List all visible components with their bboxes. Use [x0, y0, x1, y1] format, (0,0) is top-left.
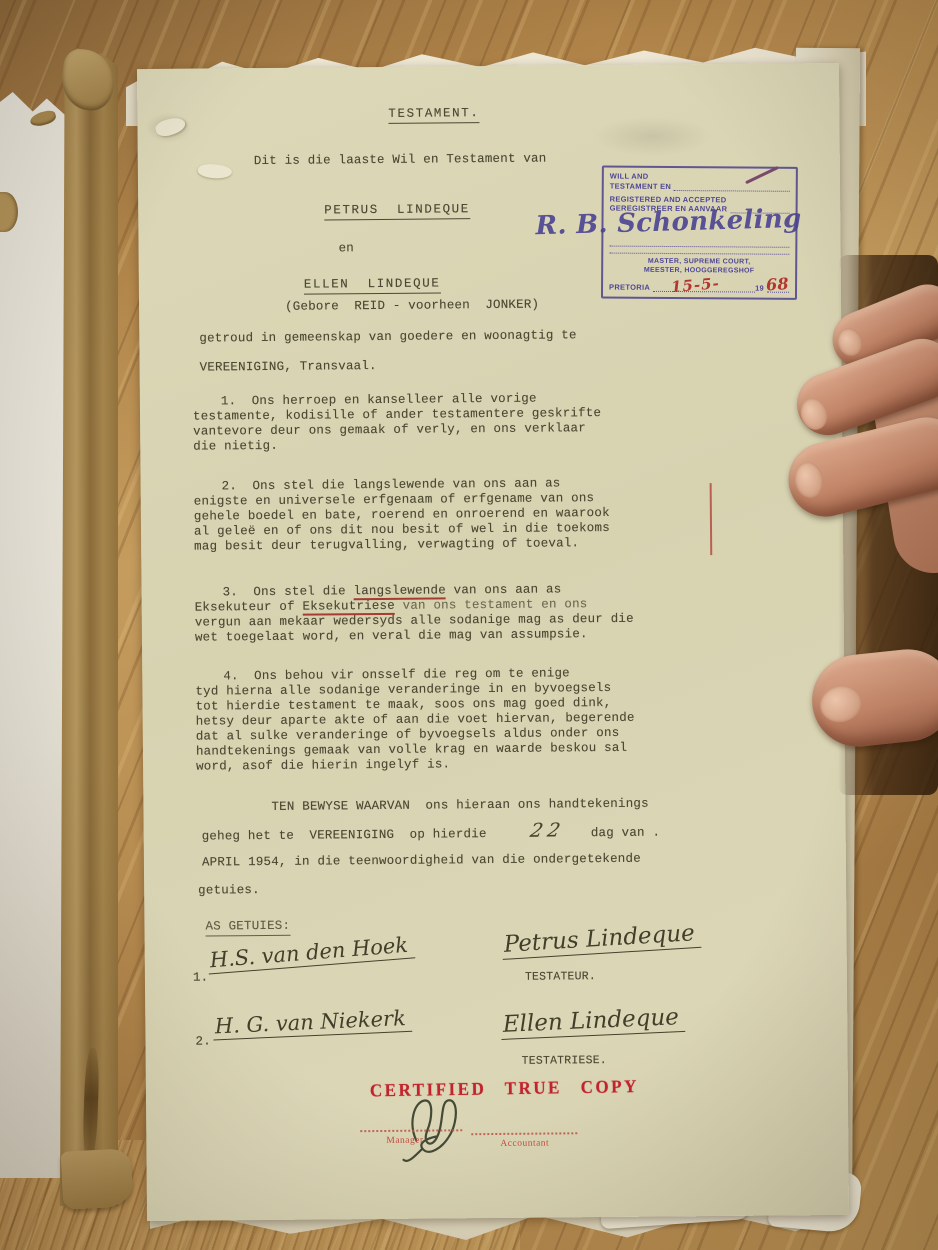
domicile-line-2: VEREENIGING, Transvaal. — [200, 359, 377, 376]
red-margin-line — [710, 483, 713, 555]
testatrix-name: ELLEN LINDEQUE — [304, 276, 441, 294]
testator-name: PETRUS LINDEQUE — [324, 202, 470, 220]
accountant-signature-line — [471, 1132, 577, 1135]
dotted-leader — [609, 247, 789, 255]
handwritten-stamp-date: 15-5- — [670, 274, 720, 297]
clause-4: 4. Ons behou vir onsself die reg om te e… — [195, 665, 666, 774]
clause-3-line-4: wet toegelaat word, en veral die mag van… — [195, 627, 588, 645]
witness-2-number: 2. — [195, 1034, 211, 1049]
paper-tear-flap — [197, 162, 233, 180]
dotted-leader — [674, 183, 790, 192]
document-title: TESTAMENT. — [388, 106, 479, 124]
witness-1-number: 1. — [193, 970, 209, 985]
intro-line: Dit is die laaste Wil en Testament van — [254, 152, 547, 170]
handwritten-day-number: 22 — [529, 822, 566, 838]
pencil-smudge — [592, 116, 712, 157]
clause-1: 1. Ons herroep en kanselleer alle vorige… — [193, 391, 664, 455]
attestation-line-2: geheg het te VEREENIGING op hierdie22dag… — [202, 822, 661, 845]
testator-label: TESTATEUR. — [525, 969, 596, 985]
attestation-text: dag van . — [591, 826, 660, 841]
folder-spine — [60, 48, 118, 1206]
stamp-line-meester: MEESTER, HOOGGEREGSHOF — [609, 266, 789, 276]
witness-2-signature: H. G. van Niekerk — [212, 1006, 412, 1041]
clause-3-text: Eksekuteur of — [195, 600, 303, 615]
stamp-line-pretoria: PRETORIA — [609, 283, 650, 293]
conjunction: en — [338, 241, 354, 256]
stamp-line-testament-en: TESTAMENT EN — [610, 181, 671, 191]
testator-signature: Petrus Lindeque — [501, 920, 701, 960]
testatrix-signature: Ellen Lindeque — [500, 1004, 685, 1040]
accountant-label: Accountant — [500, 1139, 549, 1149]
attestation-line-1: TEN BEWYSE WAARVAN ons hieraan ons handt… — [271, 796, 649, 815]
handwritten-stamp-year: 68 — [766, 274, 790, 296]
registrar-signature: R. B. Schonkeling — [535, 202, 836, 244]
photo-of-testament-document: TESTAMENT. Dit is die laaste Wil en Test… — [0, 0, 938, 1250]
attestation-line-4: getuies. — [198, 882, 260, 899]
stamp-pretoria-row: PRETORIA 19 15-5- 68 — [609, 283, 789, 294]
registrar-rubber-stamp: WILL AND TESTAMENT EN REGISTERED AND ACC… — [601, 166, 798, 300]
testatrix-label: TESTATRIESE. — [522, 1053, 607, 1069]
witness-1-signature: H.S. van den Hoek — [207, 932, 415, 974]
witnesses-heading: AS GETUIES: — [205, 919, 290, 937]
clause-3-text: 3. Ons stel die — [222, 584, 353, 599]
loose-white-page — [0, 92, 66, 1178]
clause-3-text: van ons aan as — [446, 582, 562, 597]
testament-page: TESTAMENT. Dit is die laaste Wil en Test… — [137, 63, 849, 1221]
manager-label: Manager — [386, 1136, 423, 1146]
clause-3-text: van ons testament en ons — [395, 597, 588, 613]
stamp-signature-zone: R. B. Schonkeling — [609, 216, 789, 248]
attestation-text: geheg het te VEREENIGING op hierdie — [202, 827, 487, 843]
clause-2: 2. Ons stel die langslewende van ons aan… — [194, 476, 665, 555]
testatrix-maiden-note: (Gebore REID - voorheen JONKER) — [285, 298, 539, 315]
domicile-line-1: getroud in gemeenskap van goedere en woo… — [199, 328, 576, 346]
folder-crumpled-bottom — [61, 1148, 134, 1210]
attestation-line-3: APRIL 1954, in die teenwoordigheid van d… — [202, 851, 641, 871]
stamp-year-prefix: 19 — [755, 284, 764, 294]
